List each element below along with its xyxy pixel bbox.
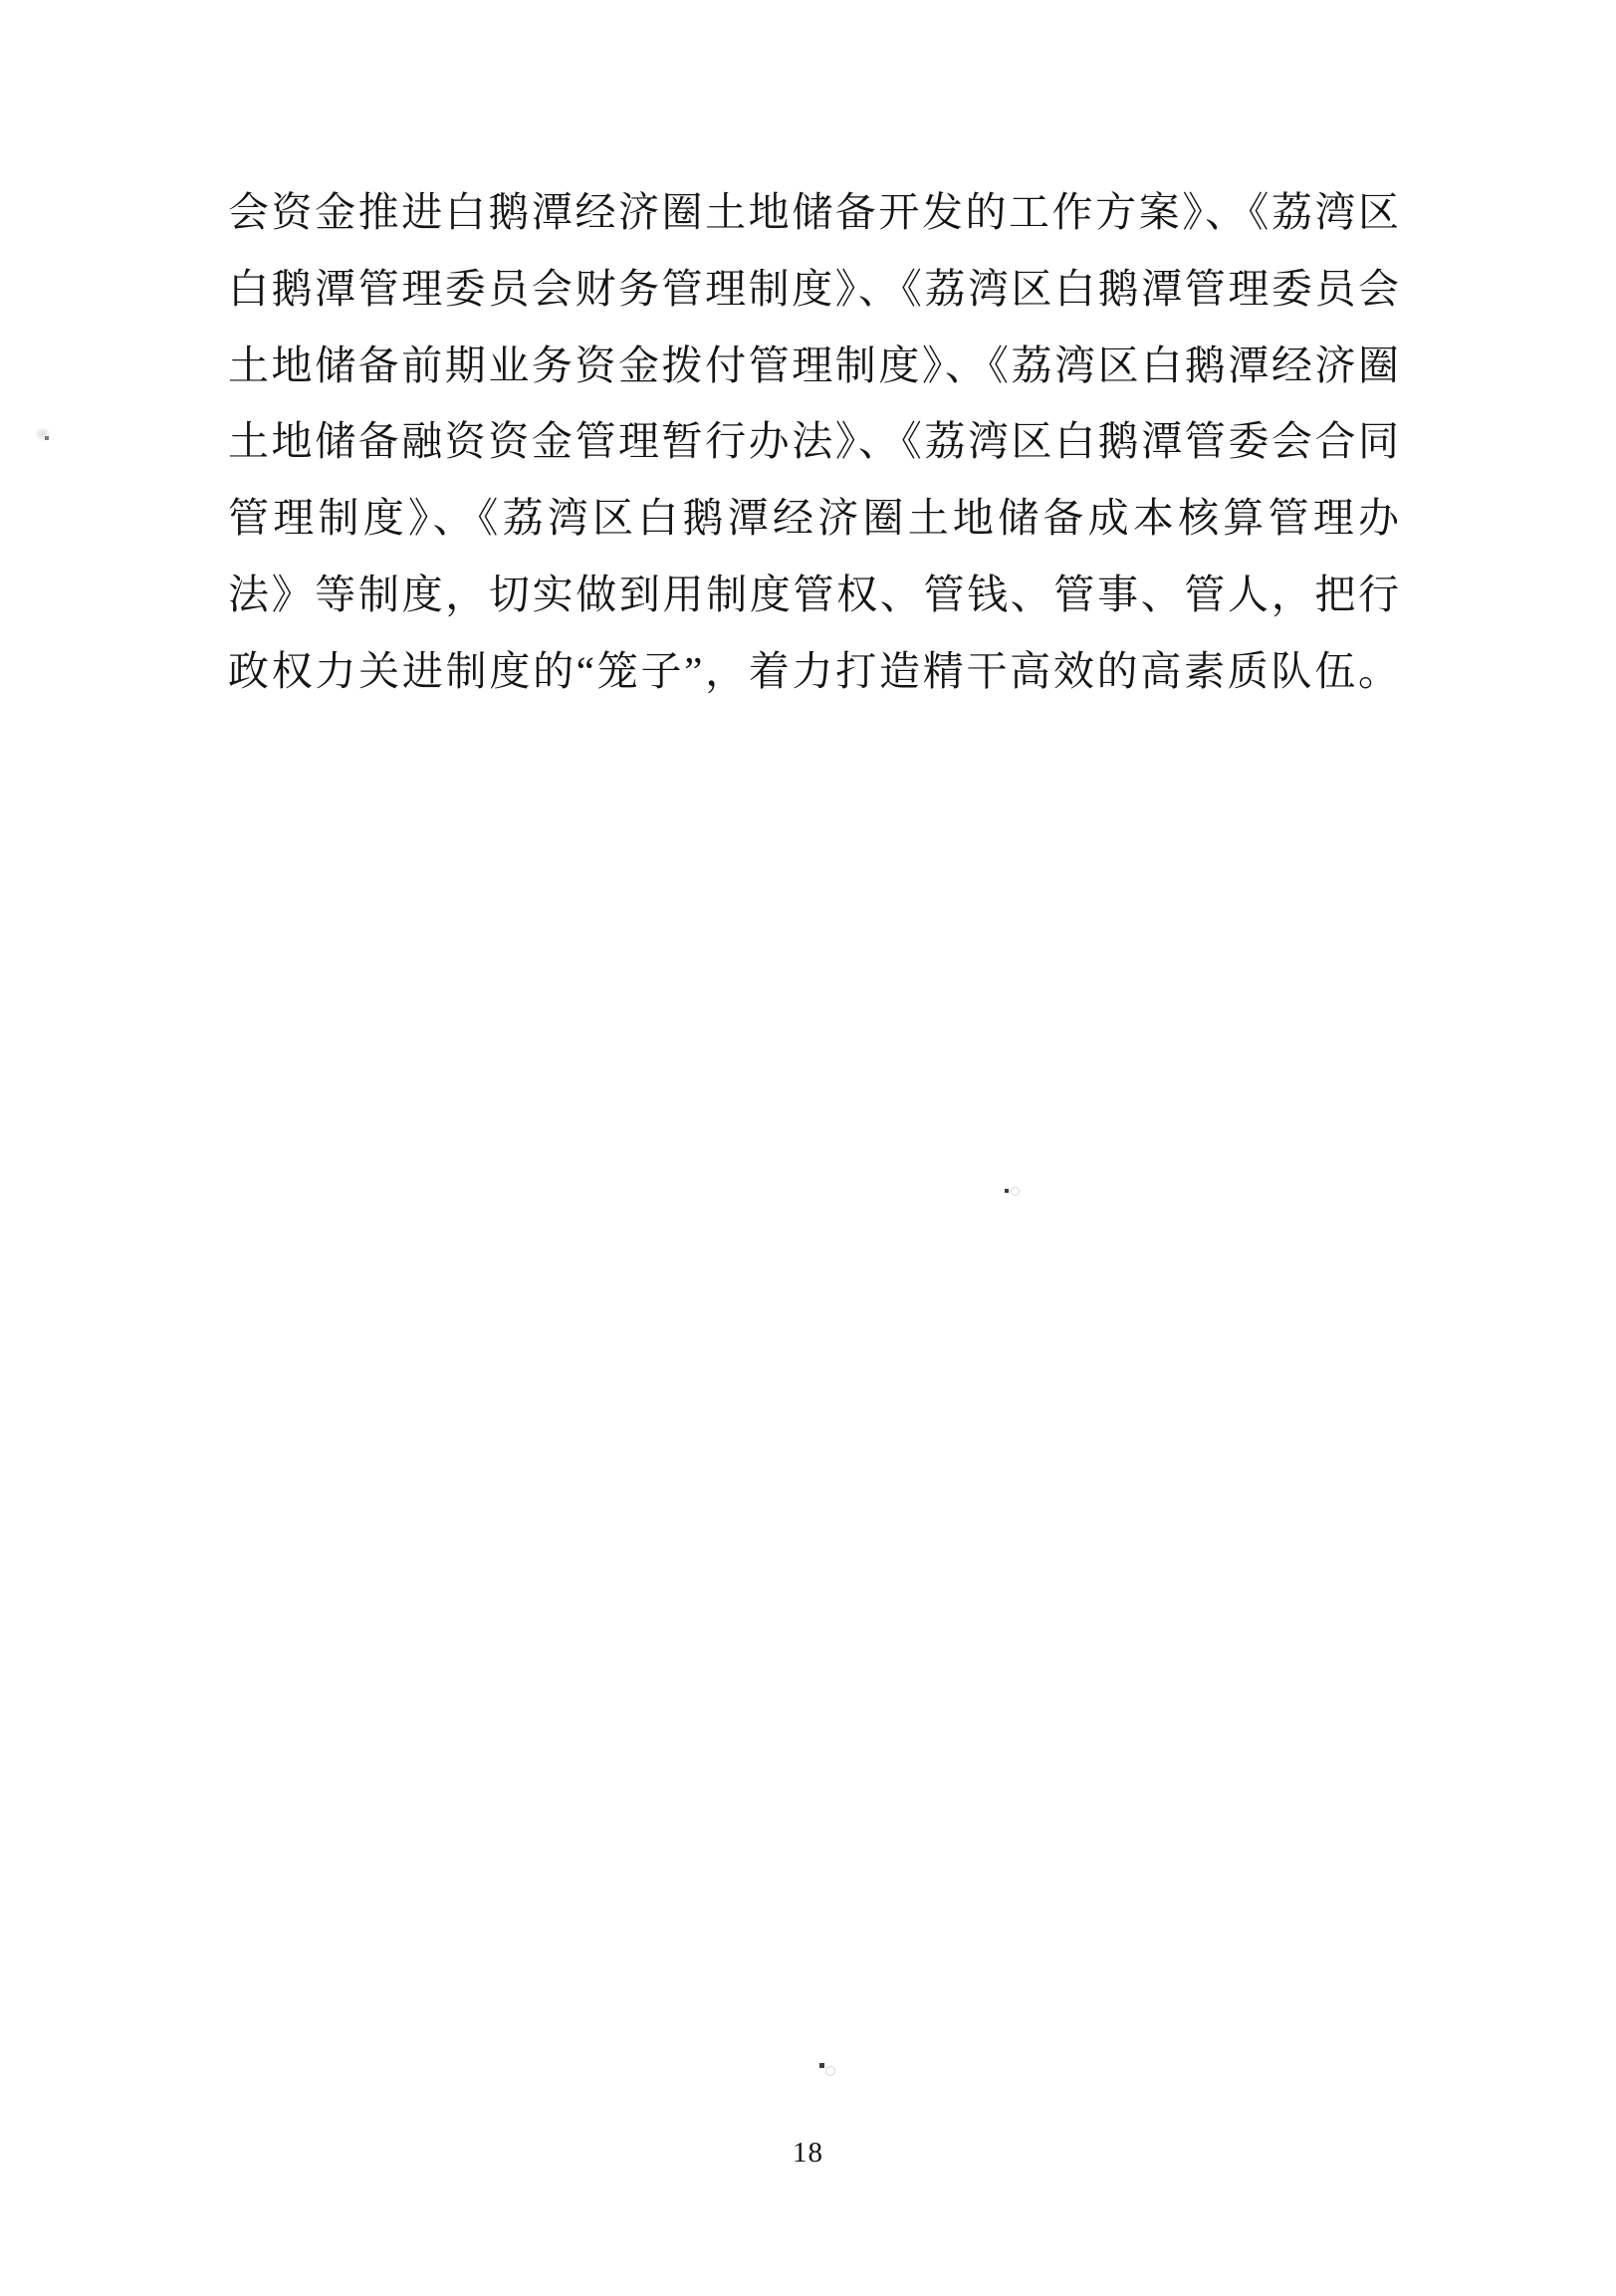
document-page: 会资金推进白鹅潭经济圈土地储备开发的工作方案》、《荔湾区 白鹅潭管理委员会财务管… xyxy=(0,0,1616,2296)
text-line: 土地储备前期业务资金拨付管理制度》、《荔湾区白鹅潭经济圈 xyxy=(228,328,1399,404)
scan-speck xyxy=(819,2063,824,2068)
scan-speck xyxy=(1005,1189,1009,1193)
text-line: 政权力关进制度的“笼子”，着力打造精干高效的高素质队伍。 xyxy=(228,633,1399,710)
text-line: 白鹅潭管理委员会财务管理制度》、《荔湾区白鹅潭管理委员会 xyxy=(228,251,1399,328)
page-number: 18 xyxy=(0,2137,1616,2170)
text-line: 管理制度》、《荔湾区白鹅潭经济圈土地储备成本核算管理办 xyxy=(228,480,1399,557)
scan-speck xyxy=(45,436,49,440)
text-line: 法》等制度，切实做到用制度管权、管钱、管事、管人，把行 xyxy=(228,557,1399,633)
text-line: 土地储备融资资金管理暂行办法》、《荔湾区白鹅潭管委会合同 xyxy=(228,403,1399,480)
body-text: 会资金推进白鹅潭经济圈土地储备开发的工作方案》、《荔湾区 白鹅潭管理委员会财务管… xyxy=(228,174,1399,710)
text-line: 会资金推进白鹅潭经济圈土地储备开发的工作方案》、《荔湾区 xyxy=(228,174,1399,251)
scan-speck xyxy=(825,2066,835,2076)
scan-speck xyxy=(1011,1187,1020,1196)
